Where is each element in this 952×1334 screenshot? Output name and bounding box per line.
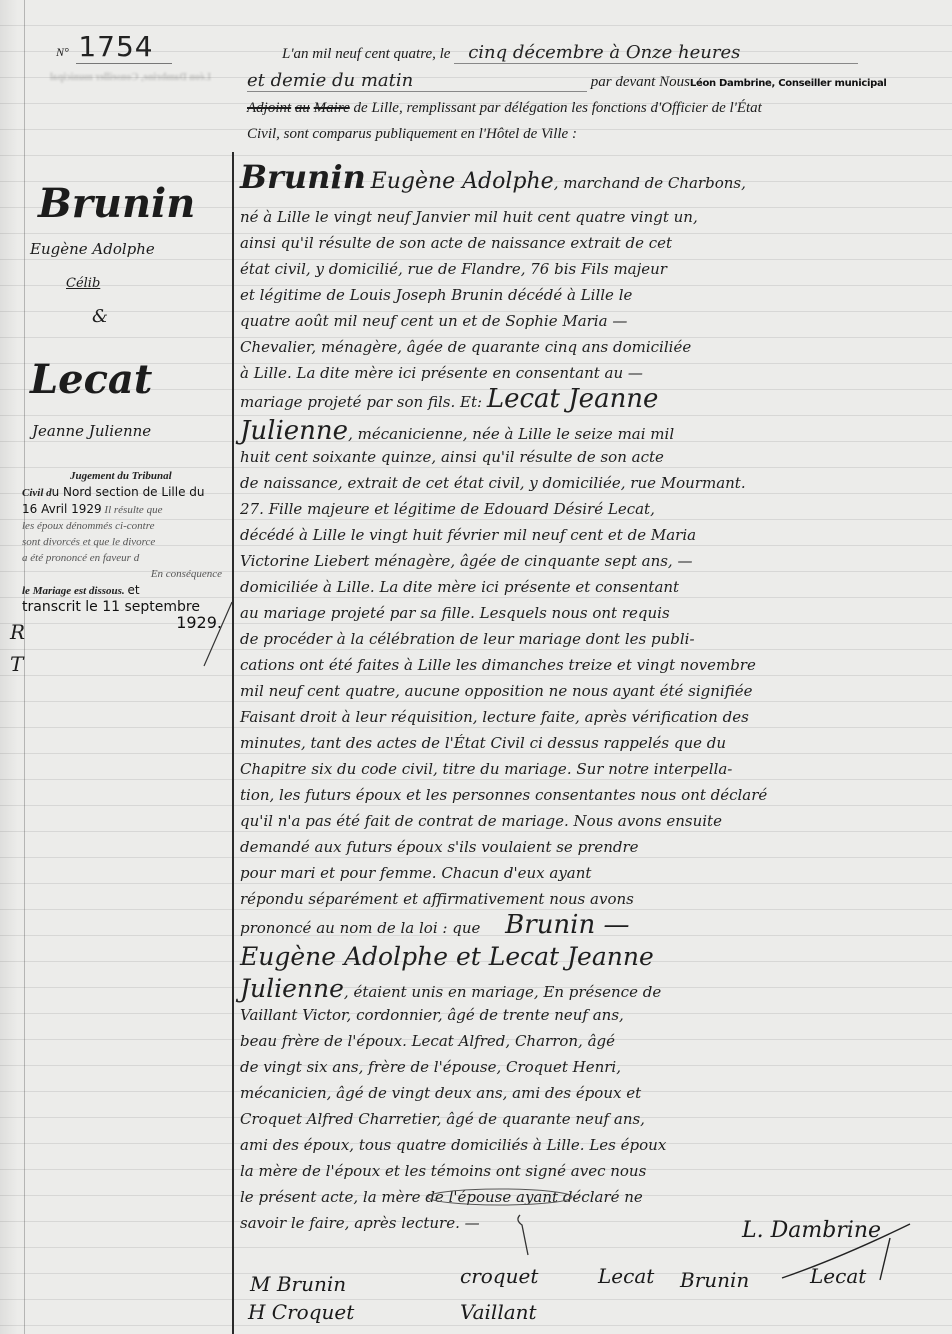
header-printed-date-intro: L'an mil neuf cent quatre, le [282, 46, 450, 62]
body-line: ainsi qu'il résulte de son acte de naiss… [240, 234, 672, 252]
body-line: Chapitre six du code civil, titre du mar… [240, 760, 732, 778]
signature-lecat-2: Lecat [810, 1264, 866, 1288]
body-line: mil neuf cent quatre, aucune opposition … [240, 682, 752, 700]
margin-conjunction: & [92, 306, 108, 327]
acte-number-value: 1754 [76, 30, 171, 64]
register-page: Léon Dambrine, Conseiller municipal N° 1… [0, 0, 952, 1334]
signature-mother-groom: M Brunin [250, 1272, 346, 1296]
body-line: de vingt six ans, frère de l'épouse, Cro… [240, 1058, 621, 1076]
body-line: minutes, tant des actes de l'État Civil … [240, 734, 726, 752]
margin-bride-given-names: Jeanne Julienne [32, 422, 151, 440]
margin-initial-r: R [10, 620, 25, 644]
body-line: ami des époux, tous quatre domiciliés à … [240, 1136, 666, 1154]
body-line-bride-intro: mariage projeté par son fils. Et: Lecat … [240, 384, 658, 414]
bleed-through-stamp: Léon Dambrine, Conseiller municipal [50, 72, 211, 83]
header-delegation-text: de Lille, remplissant par délégation les… [354, 100, 762, 116]
body-line: tion, les futurs époux et les personnes … [240, 786, 767, 804]
body-line: huit cent soixante quinze, ainsi qu'il r… [240, 448, 664, 466]
signature-h-croquet: H Croquet [248, 1300, 354, 1324]
groom-surname-large: Brunin [240, 158, 366, 196]
header-time-handwritten: et demie du matin [247, 70, 587, 92]
mother-mark-flourish-icon [420, 1185, 620, 1265]
signature-brunin: Brunin [680, 1268, 749, 1292]
bride-name-large: Lecat Jeanne [487, 384, 659, 414]
body-line: Chevalier, ménagère, âgée de quarante ci… [240, 338, 691, 356]
margin-groom-status: Célib [66, 276, 100, 291]
header-comparus-text: Civil, sont comparus publiquement en l'H… [247, 126, 577, 142]
body-line: pour mari et pour femme. Chacun d'eux ay… [240, 864, 591, 882]
margin-rule-line [24, 0, 25, 1334]
struck-maire: Maire [314, 100, 350, 116]
body-line: Faisant droit à leur réquisition, lectur… [240, 708, 749, 726]
body-line-bride-julienne: Julienne, mécanicienne, née à Lille le s… [240, 416, 674, 446]
margin-initial-t: T [10, 652, 23, 676]
body-line: quatre août mil neuf cent un et de Sophi… [240, 312, 627, 330]
groom-name-pronounce: Brunin — [505, 910, 629, 940]
body-line: Croquet Alfred Charretier, âgé de quaran… [240, 1110, 645, 1128]
body-line: demandé aux futurs époux s'ils voulaient… [240, 838, 639, 856]
body-line: beau frère de l'époux. Lecat Alfred, Cha… [240, 1032, 615, 1050]
header-line-3: Adjoint au Maire de Lille, remplissant p… [247, 100, 762, 117]
header-line-1: L'an mil neuf cent quatre, le cinq décem… [282, 42, 858, 64]
mention-line-3: 16 Avril 1929 Il résulte que [22, 501, 222, 518]
margin-groom-given-names: Eugène Adolphe [30, 240, 155, 258]
body-line: mécanicien, âgé de vingt deux ans, ami d… [240, 1084, 641, 1102]
body-line: état civil, y domicilié, rue de Flandre,… [240, 260, 667, 278]
header-par-devant: par devant Nous [591, 74, 690, 90]
mention-line-7: En conséquence [22, 566, 222, 582]
mention-line-2: Civil du Nord section de Lille du [22, 484, 222, 501]
signature-vaillant: Vaillant [460, 1300, 537, 1324]
body-line: Victorine Liebert ménagère, âgée de cinq… [240, 552, 692, 570]
header-line-4: Civil, sont comparus publiquement en l'H… [247, 126, 577, 143]
signature-croquet: croquet [460, 1264, 538, 1288]
body-line: 27. Fille majeure et légitime de Edouard… [240, 500, 655, 518]
body-line-1: Brunin Eugène Adolphe, marchand de Charb… [240, 158, 746, 196]
body-line-united: Julienne, étaient unis en mariage, En pr… [240, 974, 661, 1003]
margin-groom-surname: Brunin [38, 180, 195, 227]
body-line-spouses-names: Eugène Adolphe et Lecat Jeanne [240, 942, 654, 971]
signature-lecat-1: Lecat [598, 1264, 654, 1288]
body-line: de procéder à la célébration de leur mar… [240, 630, 695, 648]
column-divider-rule [232, 152, 234, 1334]
body-line: répondu séparément et affirmativement no… [240, 890, 634, 908]
groom-given-large: Eugène Adolphe [371, 169, 554, 194]
struck-au: au [295, 100, 310, 116]
body-line: qu'il n'a pas été fait de contrat de mar… [240, 812, 722, 830]
body-line: né à Lille le vingt neuf Janvier mil hui… [240, 208, 698, 226]
mention-line-5: sont divorcés et que le divorce [22, 534, 222, 550]
body-line: cations ont été faites à Lille les diman… [240, 656, 756, 674]
header-line-2: et demie du matin par devant NousLéon Da… [247, 70, 887, 92]
body-line: domiciliée à Lille. La dite mère ici pré… [240, 578, 679, 596]
header-date-handwritten: cinq décembre à Onze heures [454, 42, 858, 64]
body-line: à Lille. La dite mère ici présente en co… [240, 364, 643, 382]
mention-line-8: le Mariage est dissous. et [22, 582, 222, 599]
mention-slash-mark [200, 600, 240, 670]
officer-stamp: Léon Dambrine, Conseiller municipal [690, 78, 887, 89]
body-line: au mariage projeté par sa fille. Lesquel… [240, 604, 670, 622]
mention-line-10: 1929. [22, 615, 222, 631]
body-line: et légitime de Louis Joseph Brunin décéd… [240, 286, 632, 304]
acte-number-label: N° [56, 45, 69, 59]
mention-line-1: Jugement du Tribunal [22, 468, 222, 484]
mention-line-6: a été prononcé en faveur d [22, 550, 222, 566]
body-line: la mère de l'époux et les témoins ont si… [240, 1162, 646, 1180]
struck-adjoint: Adjoint [247, 100, 291, 116]
body-line: décédé à Lille le vingt huit février mil… [240, 526, 696, 544]
divorce-mention: Jugement du Tribunal Civil du Nord secti… [22, 468, 222, 631]
body-line: Vaillant Victor, cordonnier, âgé de tren… [240, 1006, 624, 1024]
mention-line-4: les époux dénommés ci-contre [22, 518, 222, 534]
body-line: de naissance, extrait de cet état civil,… [240, 474, 746, 492]
margin-bride-surname: Lecat [30, 356, 152, 403]
body-line-pronounce: prononcé au nom de la loi : que Brunin — [240, 910, 630, 940]
acte-number: N° 1754 [56, 30, 172, 63]
